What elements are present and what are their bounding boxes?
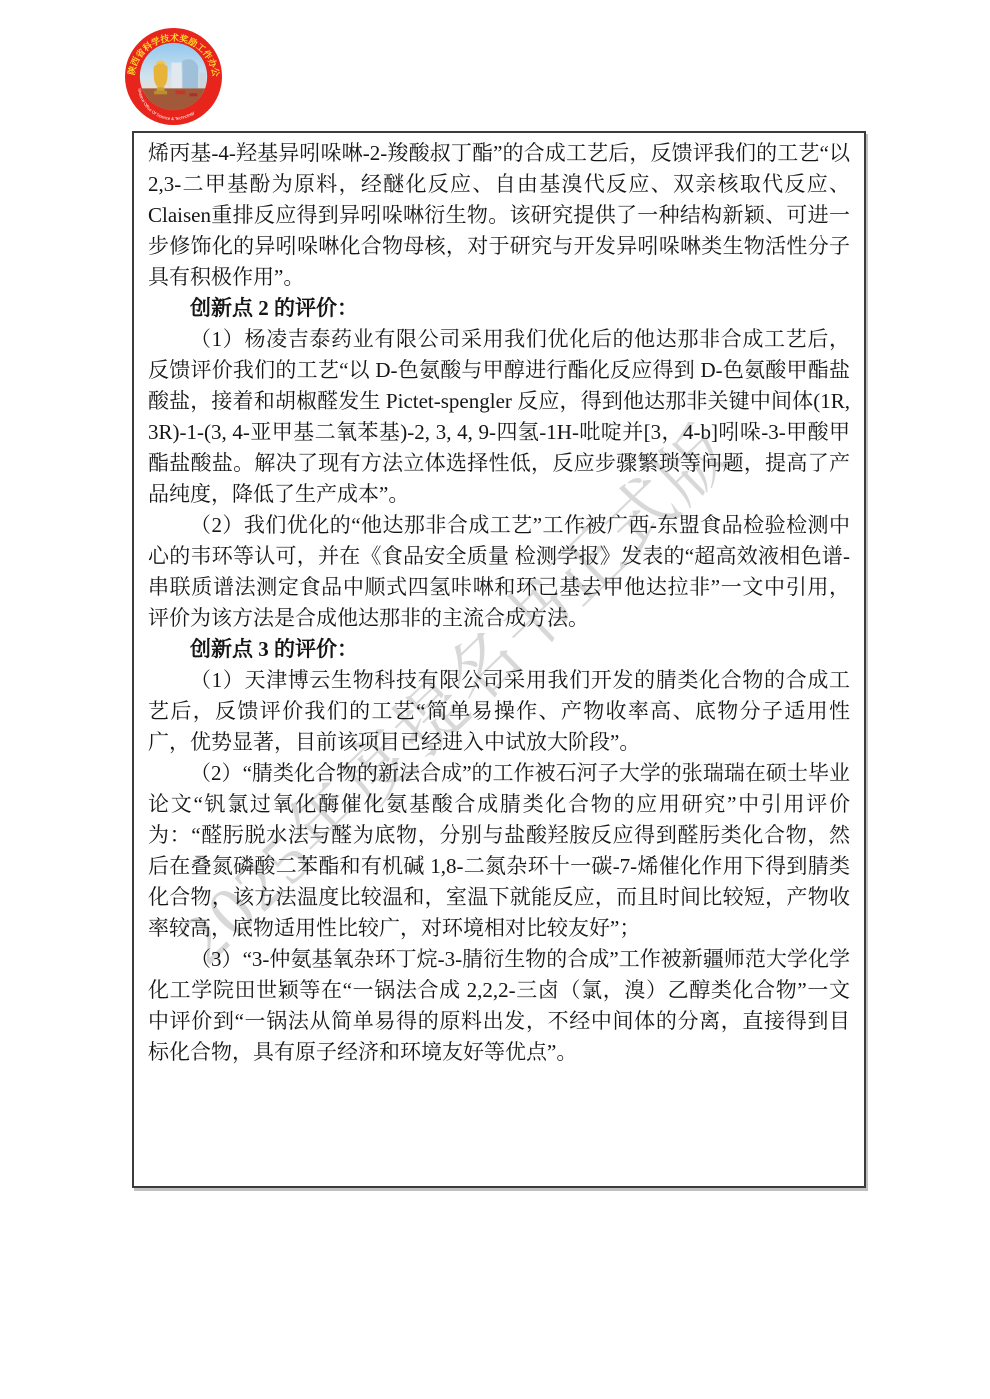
paragraph: （2）我们优化的“他达那非合成工艺”工作被广西-东盟食品检验检测中心的韦环等认可… [148,510,850,634]
paragraph: （3）“3-仲氨基氧杂环丁烷-3-腈衍生物的合成”工作被新疆师范大学化学化工学院… [148,944,850,1068]
paragraph: （1）天津博云生物科技有限公司采用我们开发的腈类化合物的合成工艺后，反馈评价我们… [148,665,850,758]
building-graphic [172,63,182,89]
section-heading: 创新点 3 的评价： [148,634,850,665]
document-frame: 烯丙基-4-羟基异吲哚啉-2-羧酸叔丁酯”的合成工艺后，反馈评我们的工艺“以2,… [132,131,866,1188]
paragraph: 烯丙基-4-羟基异吲哚啉-2-羧酸叔丁酯”的合成工艺后，反馈评我们的工艺“以2,… [148,138,850,293]
trophy-icon [154,91,167,94]
boat-graphic [175,90,185,94]
boat-graphic [189,93,197,96]
document-body: 烯丙基-4-羟基异吲哚啉-2-羧酸叔丁酯”的合成工艺后，反馈评我们的工艺“以2,… [148,138,850,1068]
building-graphic [182,59,198,88]
section-heading: 创新点 2 的评价： [148,293,850,324]
seal-graphic: 陕西省科学技术奖励工作办公室 Shaanxi Office Of Science… [124,27,223,126]
building-graphic [199,73,206,89]
science-award-office-seal: 陕西省科学技术奖励工作办公室 Shaanxi Office Of Science… [124,27,223,126]
paragraph: （2）“腈类化合物的新法合成”的工作被石河子大学的张瑞瑞在硕士毕业论文“钒氯过氧… [148,758,850,944]
document-page: 陕西省科学技术奖励工作办公室 Shaanxi Office Of Science… [0,0,990,1399]
paragraph: （1）杨凌吉泰药业有限公司采用我们优化后的他达那非合成工艺后，反馈评价我们的工艺… [148,324,850,510]
trophy-icon [157,87,165,90]
